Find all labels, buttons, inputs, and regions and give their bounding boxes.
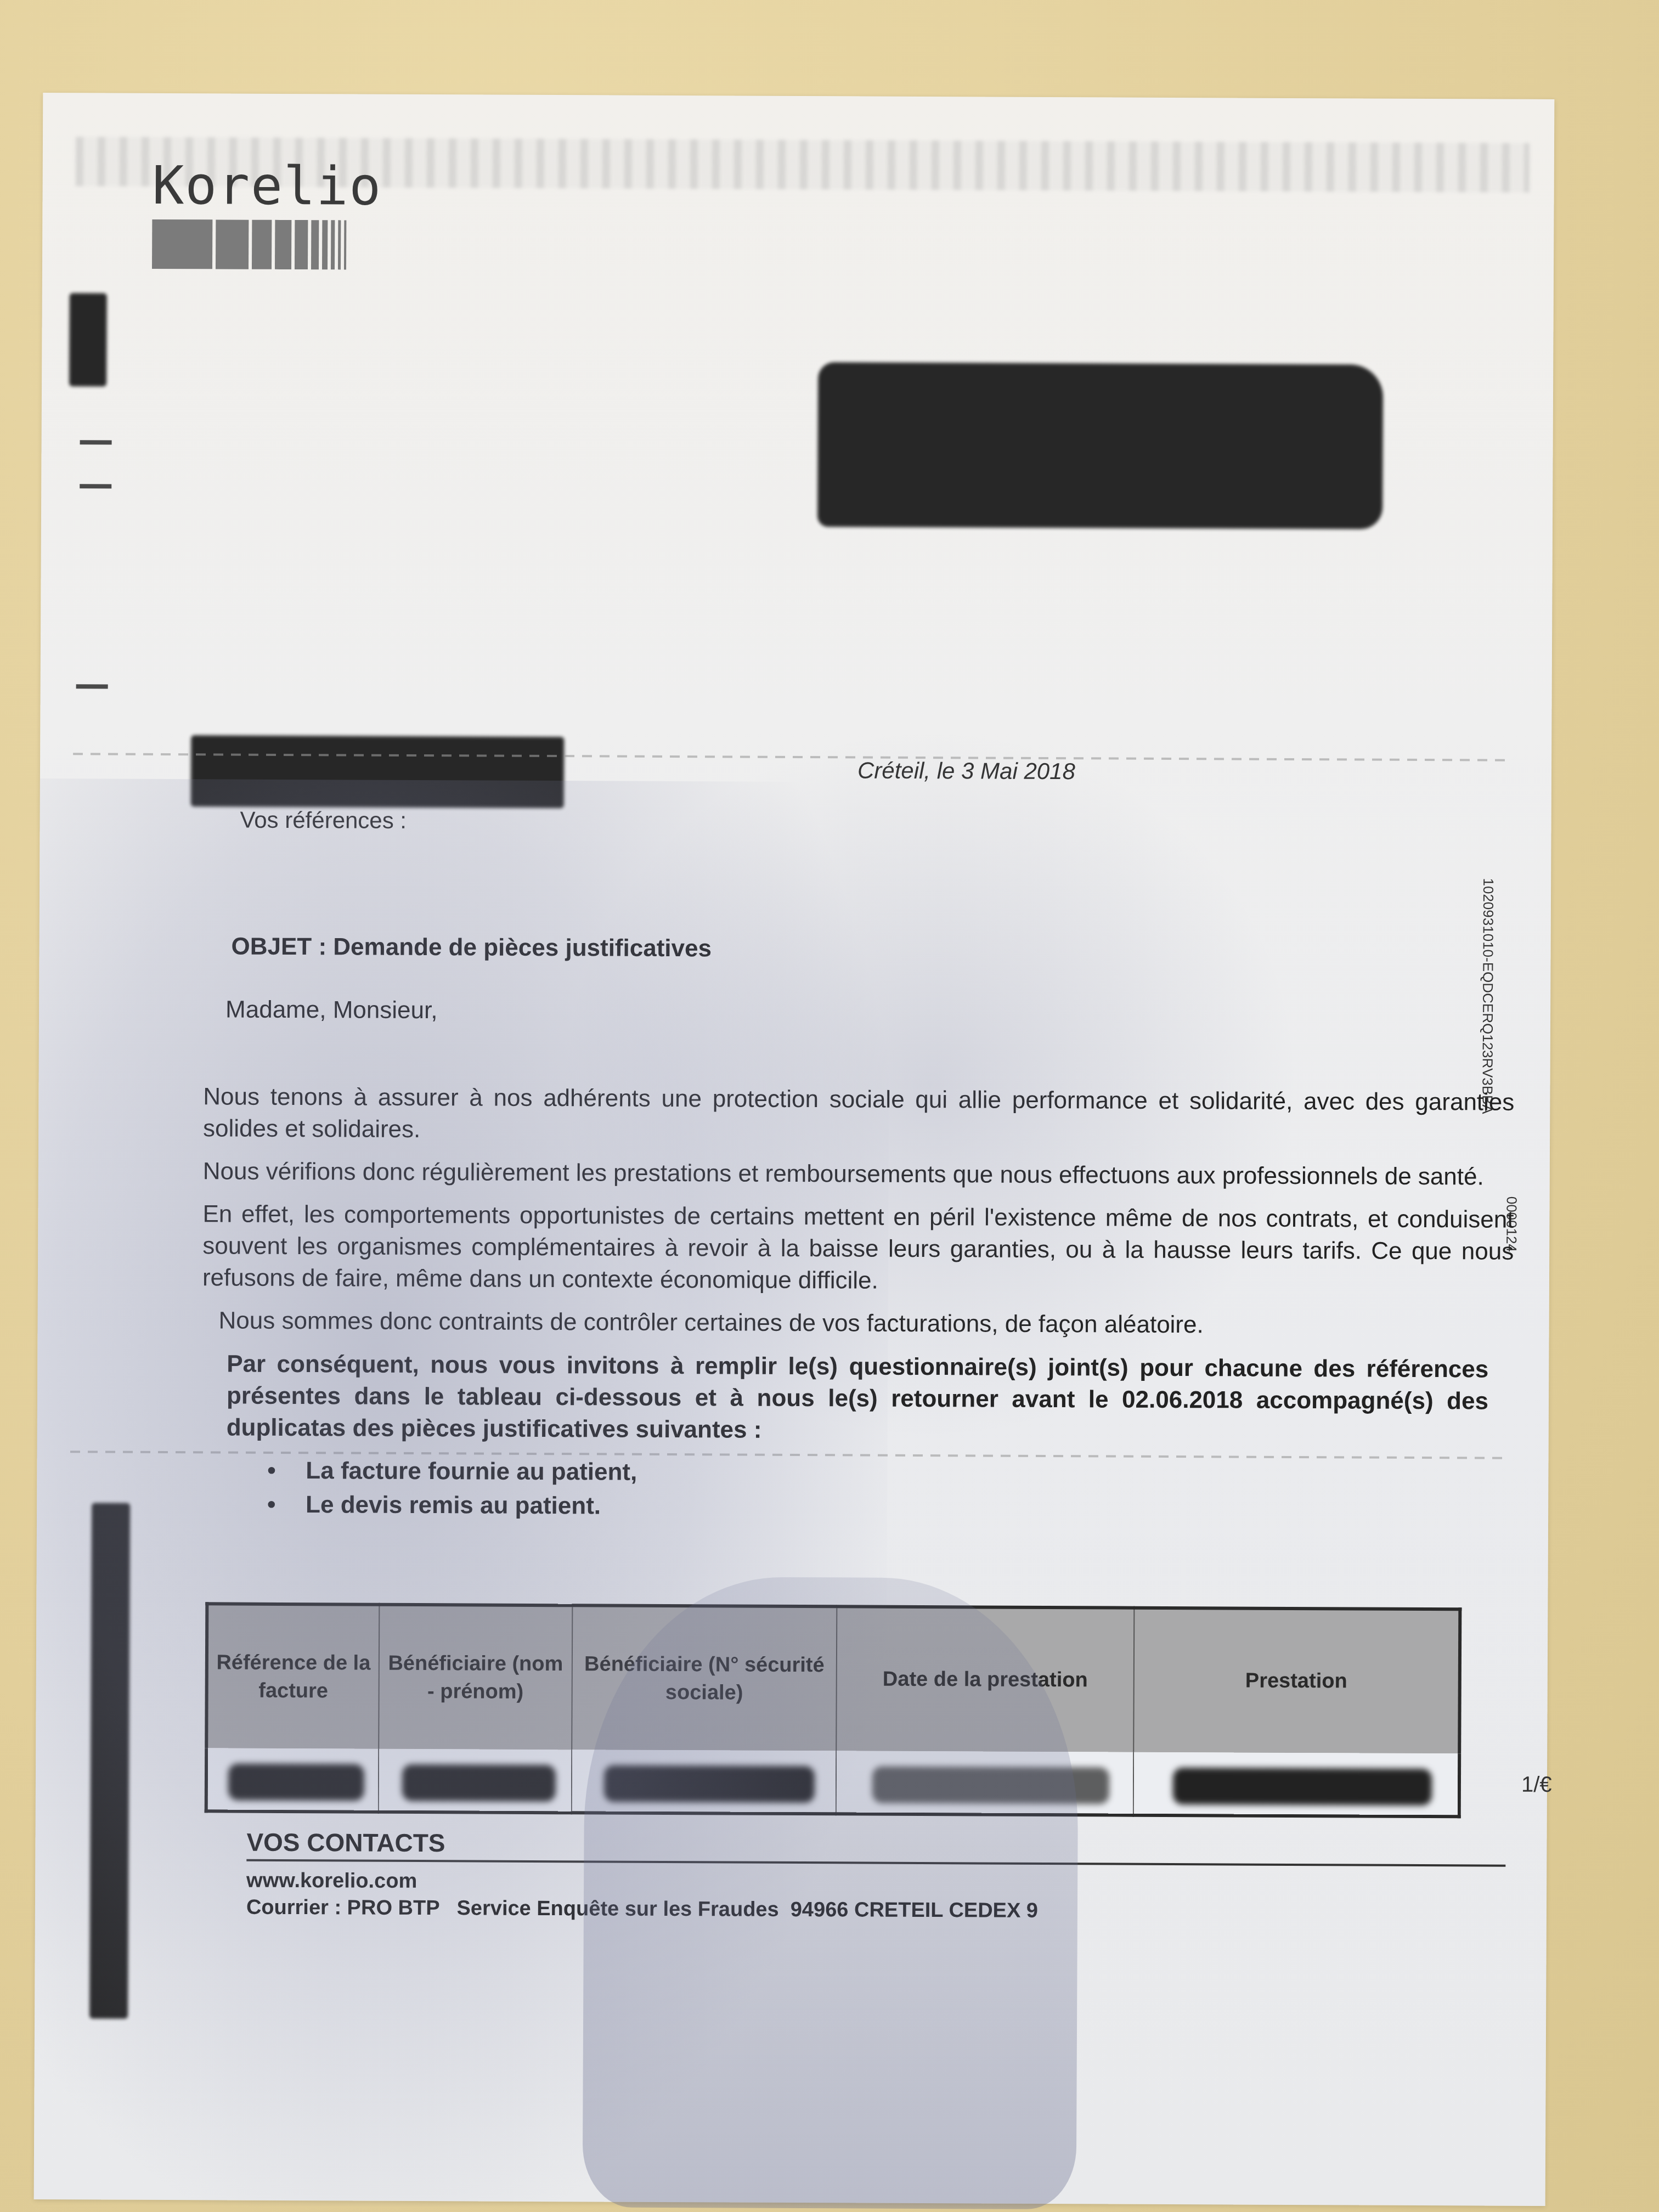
letter-date: Créteil, le 3 Mai 2018 [857, 757, 1075, 785]
redacted-reference [191, 735, 565, 808]
invoice-references-table: Référence de la facture Bénéficiaire (no… [205, 1602, 1462, 1818]
contacts-section: VOS CONTACTS www.korelio.com Courrier : … [246, 1827, 1506, 1925]
references-label: Vos références : [240, 807, 407, 834]
paragraph: Nous vérifions donc régulièrement les pr… [203, 1155, 1514, 1193]
paragraph: Nous sommes donc contraints de contrôler… [218, 1305, 1513, 1342]
margin-mark [76, 684, 108, 689]
list-item: Le devis remis au patient. [267, 1489, 1513, 1526]
margin-mark [80, 484, 111, 488]
table-cell-redacted [836, 1751, 1133, 1815]
logo-barcode-graphic [152, 219, 382, 270]
logo-wordmark: Korelio [152, 159, 382, 213]
page-indicator: 1/€ [1521, 1773, 1552, 1797]
request-paragraph: Par conséquent, nous vous invitons à rem… [227, 1348, 1489, 1449]
paragraph: Nous tenons à assurer à nos adhérents un… [203, 1081, 1514, 1150]
salutation: Madame, Monsieur, [225, 996, 438, 1024]
reference-code-vertical: 1020931010-EQDCERQ123RV3BBA [1479, 878, 1497, 1114]
redacted-margin-block [69, 293, 107, 386]
list-item: La facture fournie au patient, [267, 1455, 1513, 1492]
table-row [206, 1748, 1459, 1816]
column-header: Bénéficiaire (nom - prénom) [379, 1605, 572, 1750]
column-header: Prestation [1133, 1608, 1460, 1754]
redacted-margin-strip [89, 1503, 130, 2018]
column-header: Date de la prestation [836, 1606, 1134, 1752]
contacts-website: www.korelio.com [246, 1869, 1505, 1898]
table-cell-redacted [572, 1750, 836, 1814]
korelio-logo: Korelio [152, 159, 382, 270]
table-cell-redacted [379, 1749, 572, 1813]
contacts-title: VOS CONTACTS [246, 1827, 1505, 1867]
column-header: Référence de la facture [206, 1604, 379, 1748]
paragraph: En effet, les comportements opportuniste… [202, 1199, 1514, 1300]
column-header: Bénéficiaire (N° sécurité sociale) [572, 1605, 837, 1751]
table-header-row: Référence de la facture Bénéficiaire (no… [206, 1604, 1460, 1753]
contacts-mail-address: Courrier : PRO BTP Service Enquête sur l… [246, 1896, 1505, 1925]
table-cell-redacted [206, 1748, 379, 1812]
subject-line: OBJET : Demande de pièces justificatives [231, 933, 712, 963]
redacted-recipient-address [817, 362, 1383, 529]
letter-body: Nous tenons à assurer à nos adhérents un… [201, 1081, 1514, 1528]
required-documents-list: La facture fournie au patient, Le devis … [267, 1455, 1513, 1526]
letter-page: Korelio Créteil, le 3 Mai 2018 Vos référ… [34, 93, 1555, 2206]
margin-mark [80, 440, 112, 444]
table-cell-redacted [1133, 1752, 1459, 1817]
